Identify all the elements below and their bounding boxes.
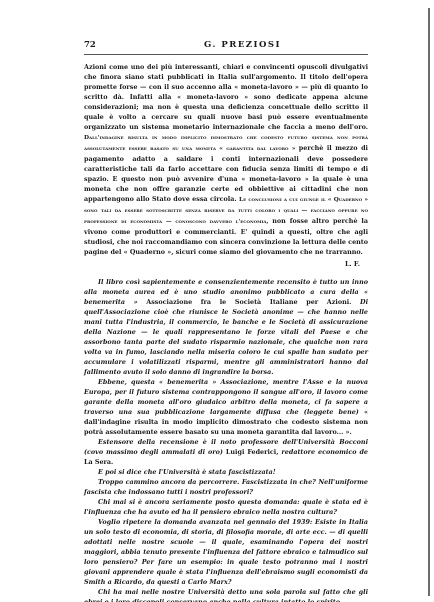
commentary-paragraph: Chi ha mai nelle nostre Università detto…: [84, 587, 368, 602]
text-span: Azioni come uno dei più interessanti, ch…: [84, 63, 368, 131]
commentary-paragraph: Il libro così sapientemente e consenzien…: [84, 277, 368, 377]
page-edge: [428, 8, 430, 596]
signature: L. F.: [84, 259, 360, 269]
text-span: Ebbene, questa « benemerita » Associazio…: [84, 378, 368, 416]
text-span: La Sera.: [84, 458, 113, 466]
page-header: 72 G. PREZIOSI: [84, 40, 368, 55]
running-head: G. PREZIOSI: [204, 40, 281, 50]
commentary-paragraph: E poi si dice che l'Università è stata f…: [84, 467, 368, 477]
text-span: Di quell'Associazione cioè che riunisce …: [84, 298, 368, 376]
commentary-paragraph: Troppo cammino ancora da percorrere. Fas…: [84, 477, 368, 497]
text-span: redattore economico de: [281, 448, 368, 456]
page-body: Azioni come uno dei più interessanti, ch…: [84, 62, 368, 602]
commentary-paragraph: Estensore della recensione è il noto pro…: [84, 437, 368, 467]
text-span: Luigi Federici,: [226, 448, 282, 456]
commentary-paragraph: Voglio ripetere la domanda avanzata nel …: [84, 517, 368, 587]
review-paragraph: Azioni come uno dei più interessanti, ch…: [84, 62, 368, 257]
commentary-paragraph: Chi mai si è ancora seriamente posto que…: [84, 497, 368, 517]
text-span: Associazione fra le Società Italiane per…: [146, 298, 360, 306]
text-span: perchè il mezzo di pagamento adatto a sa…: [84, 144, 368, 203]
page-number: 72: [84, 40, 96, 50]
commentary-paragraph: Ebbene, questa « benemerita » Associazio…: [84, 377, 368, 437]
